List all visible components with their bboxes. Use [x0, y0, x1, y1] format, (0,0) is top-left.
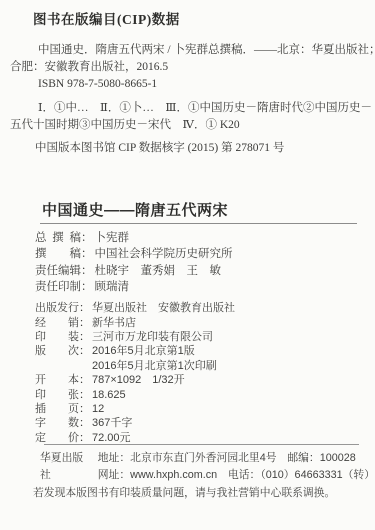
field-value: 18.625: [92, 389, 126, 401]
field-label: 责任编辑: [35, 263, 81, 279]
field-value: 2016年5月北京第1版: [92, 345, 195, 357]
field-value: 三河市万龙印装有限公司: [92, 331, 213, 343]
cip-body: 中国通史．隋唐五代两宋 / 卜宪群总撰稿．——北京：华夏出版社； 合肥：安徽教育…: [0, 42, 375, 157]
cip-classification-line-2: 五代十国时期③中国历史－宋代 Ⅳ．① K20: [10, 117, 375, 134]
field-value: 367千字: [92, 417, 132, 429]
field-colon: ：: [79, 317, 90, 329]
publication-row-continuation: 2016年5月北京第1次印刷: [35, 359, 375, 373]
field-colon: ：: [81, 248, 93, 260]
publication-row: 字数：367千字: [35, 416, 375, 430]
field-value: 华夏出版社 安徽教育出版社: [92, 302, 235, 314]
field-value: 新华书店: [92, 317, 136, 329]
credits-list: 总撰稿：卜宪群 撰稿：中国社会科学院历史研究所 责任编辑：杜晓宇 董秀娟 王 敏…: [0, 230, 375, 295]
field-label: 撰稿: [35, 246, 81, 262]
field-value: 2016年5月北京第1次印刷: [92, 360, 217, 372]
cip-block: 图书在版编目(CIP)数据 中国通史．隋唐五代两宋 / 卜宪群总撰稿．——北京：…: [0, 8, 375, 157]
field-colon: ：: [81, 265, 93, 277]
field-label: 插页: [35, 402, 79, 416]
publication-row: 开本：787×1092 1/32开: [35, 373, 375, 387]
field-label: 经销: [35, 316, 79, 330]
isbn-line: ISBN 978-7-5080-8665-1: [38, 76, 375, 93]
field-label: 总撰稿: [35, 230, 81, 246]
book-title: 中国通史——隋唐五代两宋: [42, 202, 375, 220]
cip-record-line-2: 合肥：安徽教育出版社，2016.5: [10, 59, 375, 76]
field-colon: ：: [81, 232, 93, 244]
field-label: 印张: [35, 388, 79, 402]
cip-classification-line-1: Ⅰ．①中… Ⅱ．①卜… Ⅲ．①中国历史－隋唐时代②中国历史－: [38, 100, 375, 117]
field-label: 开本: [35, 373, 79, 387]
field-value: 中国社会科学院历史研究所: [95, 248, 233, 260]
field-colon: ：: [79, 403, 90, 415]
publication-row: 出版发行：华夏出版社 安徽教育出版社: [35, 301, 375, 315]
contact-lines: 地址：北京市东直门外香河园北里4号 邮编：100028 网址：www.hxph.…: [98, 450, 375, 484]
field-label: 出版发行: [35, 301, 79, 315]
field-colon: ：: [79, 374, 90, 386]
credit-row: 总撰稿：卜宪群: [35, 230, 375, 246]
credit-row: 责任编辑：杜晓宇 董秀娟 王 敏: [35, 263, 375, 279]
credit-row: 撰稿：中国社会科学院历史研究所: [35, 246, 375, 262]
publisher-footer: 华夏出版社 地址：北京市东直门外香河园北里4号 邮编：100028 网址：www…: [0, 444, 375, 502]
field-value: 72.00元: [92, 432, 131, 444]
publication-row: 插页：12: [35, 402, 375, 416]
address-line: 地址：北京市东直门外香河园北里4号 邮编：100028: [98, 450, 375, 467]
publication-row: 印张：18.625: [35, 388, 375, 402]
field-colon: ：: [79, 331, 90, 343]
field-value: 12: [92, 403, 104, 415]
field-label: 责任印制: [35, 279, 81, 295]
website-phone-line: 网址：www.hxph.com.cn 电话：（010）64663331（转）: [98, 467, 375, 484]
field-value: 卜宪群: [95, 232, 130, 244]
field-label: 字数: [35, 416, 79, 430]
publisher-contact-row: 华夏出版社 地址：北京市东直门外香河园北里4号 邮编：100028 网址：www…: [40, 450, 375, 484]
title-rule: [40, 223, 357, 224]
field-value: 787×1092 1/32开: [92, 374, 185, 386]
publication-info-block: 中国通史——隋唐五代两宋 总撰稿：卜宪群 撰稿：中国社会科学院历史研究所 责任编…: [0, 202, 375, 445]
field-value: 顾瑞清: [95, 281, 130, 293]
copyright-page: 图书在版编目(CIP)数据 中国通史．隋唐五代两宋 / 卜宪群总撰稿．——北京：…: [0, 0, 375, 530]
field-colon: ：: [81, 281, 93, 293]
field-label: 印装: [35, 330, 79, 344]
field-colon: ：: [79, 302, 90, 314]
cip-record-number: 中国版本图书馆 CIP 数据核字 (2015) 第 278071 号: [35, 140, 375, 157]
publication-row: 版次：2016年5月北京第1版: [35, 344, 375, 358]
cip-record-line-1: 中国通史．隋唐五代两宋 / 卜宪群总撰稿．——北京：华夏出版社；: [38, 42, 375, 59]
publication-row: 印装：三河市万龙印装有限公司: [35, 330, 375, 344]
publication-row: 经销：新华书店: [35, 316, 375, 330]
publisher-name: 华夏出版社: [40, 450, 87, 484]
quality-notice: 若发现本版图书有印装质量问题，请与我社营销中心联系调换。: [33, 485, 375, 502]
field-label: 版次: [35, 344, 79, 358]
field-value: 杜晓宇 董秀娟 王 敏: [95, 265, 222, 277]
field-colon: ：: [79, 345, 90, 357]
footer-rule: [44, 444, 359, 445]
field-colon: ：: [79, 432, 90, 444]
field-colon: ：: [79, 389, 90, 401]
field-colon: ：: [79, 417, 90, 429]
credit-row: 责任印制：顾瑞清: [35, 279, 375, 295]
publication-list: 出版发行：华夏出版社 安徽教育出版社 经销：新华书店 印装：三河市万龙印装有限公…: [0, 301, 375, 445]
cip-heading: 图书在版编目(CIP)数据: [33, 11, 375, 29]
